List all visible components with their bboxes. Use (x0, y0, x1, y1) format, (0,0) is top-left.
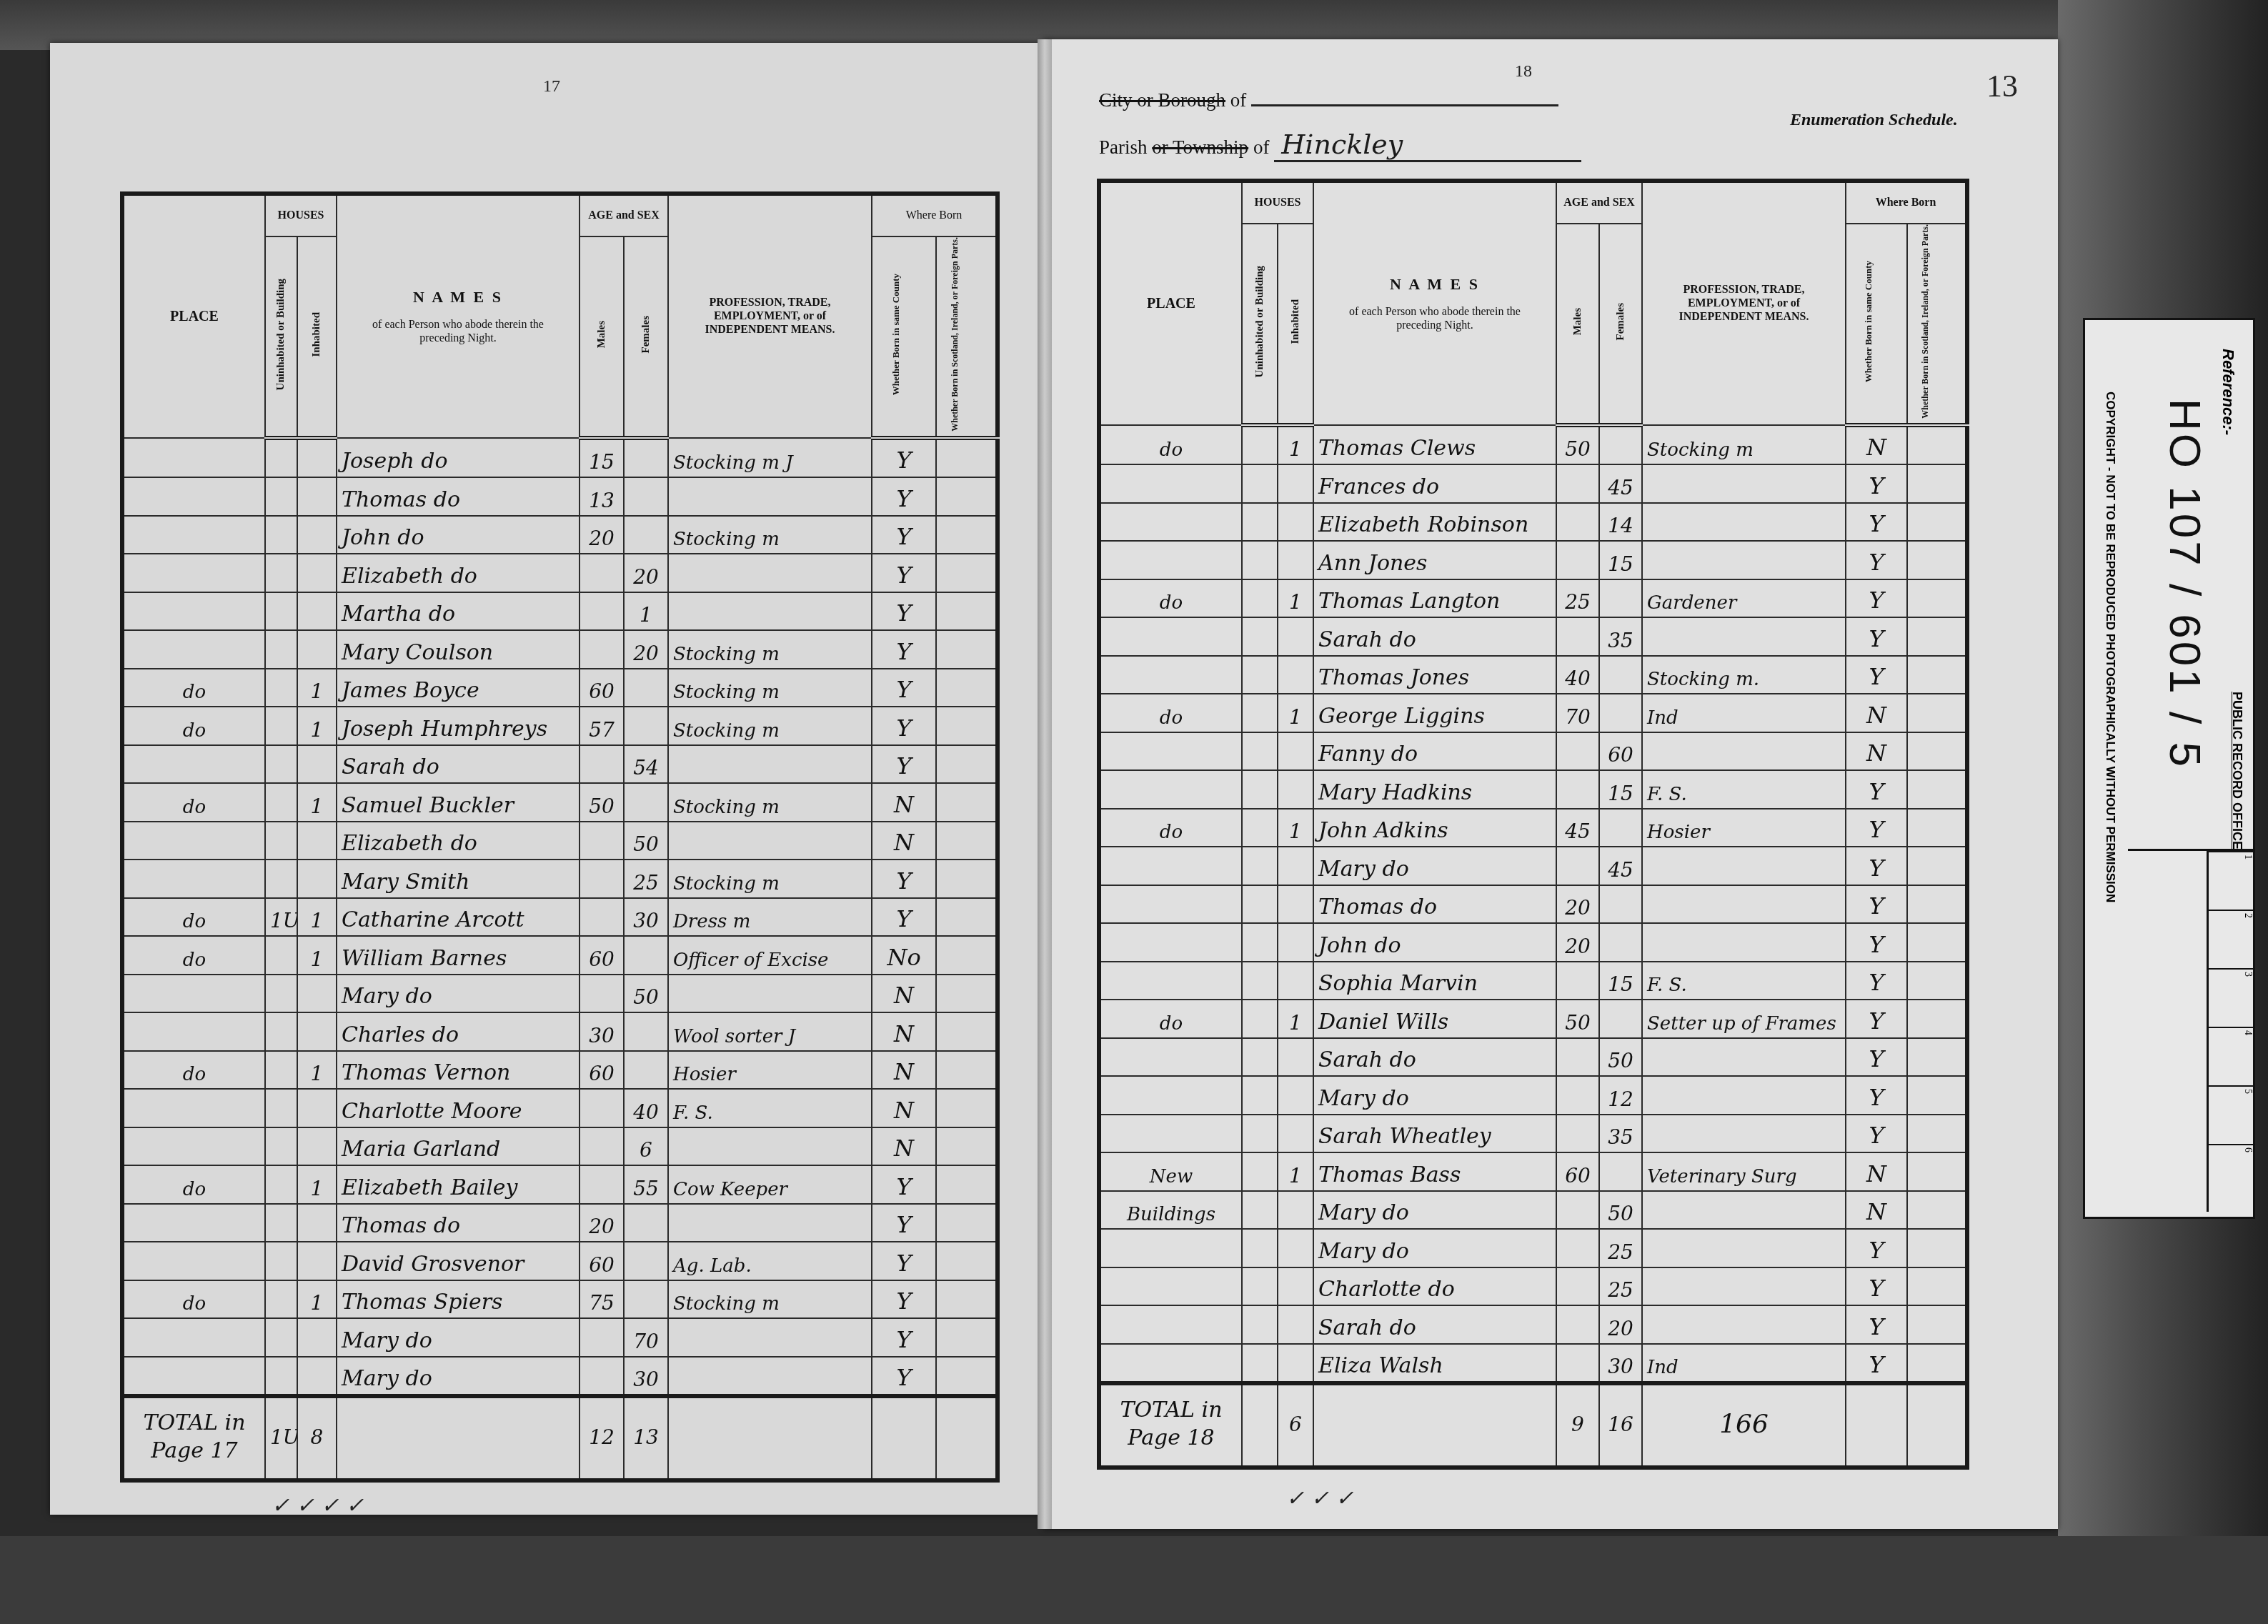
uninhabited-cell (1242, 770, 1278, 809)
born-county-cell: Y (872, 592, 936, 631)
born-abroad-cell (936, 822, 998, 860)
females-age-cell: 54 (624, 745, 668, 784)
born-abroad-cell (936, 1204, 998, 1242)
born-abroad-cell (936, 554, 998, 592)
born-abroad-cell (936, 1051, 998, 1090)
born-county-cell: N (1846, 732, 1907, 771)
inhabited-cell (1278, 1191, 1313, 1230)
born-abroad-cell (1907, 847, 1967, 885)
profession-cell: F. S. (1642, 962, 1846, 1000)
total-males: 12 (580, 1396, 624, 1480)
females-age-cell: 50 (624, 975, 668, 1013)
col-females: Females (640, 316, 652, 353)
females-age-cell: 15 (1599, 962, 1642, 1000)
profession-cell: Hosier (668, 1051, 872, 1090)
born-county-cell: N (872, 1012, 936, 1051)
born-abroad-cell (1907, 1000, 1967, 1038)
born-county-cell: Y (1846, 847, 1907, 885)
females-age-cell (1599, 1000, 1642, 1038)
uninhabited-cell (1242, 1076, 1278, 1115)
place: do (122, 936, 265, 975)
males-age-cell (1556, 1344, 1599, 1384)
inhabited-cell: 1 (297, 1280, 337, 1319)
born-abroad-cell (1907, 1076, 1967, 1115)
name-cell: Martha do (337, 592, 580, 631)
table-row: Charlotte do25Y (1099, 1267, 1967, 1306)
name-cell: Thomas Bass (1313, 1152, 1556, 1191)
inhabited-cell (1278, 847, 1313, 885)
born-county-cell: Y (872, 707, 936, 745)
place (122, 1012, 265, 1051)
ruler-cm-tick: 4 (2209, 1027, 2253, 1035)
males-age-cell (580, 898, 624, 937)
born-abroad-cell (936, 783, 998, 822)
females-age-cell (624, 936, 668, 975)
males-age-cell (580, 1357, 624, 1397)
uninhabited-cell: 1U (265, 898, 297, 937)
inhabited-cell (1278, 962, 1313, 1000)
place: do (1099, 425, 1242, 465)
profession-cell (1642, 847, 1846, 885)
females-age-cell: 50 (1599, 1038, 1642, 1077)
males-age-cell: 60 (1556, 1152, 1599, 1191)
parish-line: Parish or Township of Hinckley (1099, 129, 1581, 162)
place (1099, 1229, 1242, 1267)
born-abroad-cell (1907, 809, 1967, 847)
females-age-cell (624, 438, 668, 478)
inhabited-cell (297, 975, 337, 1013)
inhabited-cell (297, 630, 337, 669)
females-age-cell (624, 669, 668, 707)
names-subtitle: of each Person who abode therein the pre… (1314, 305, 1556, 332)
total-names (337, 1396, 580, 1480)
females-age-cell (624, 1204, 668, 1242)
ruler-cm-tick: 3 (2209, 968, 2253, 977)
born-abroad-cell (936, 630, 998, 669)
name-cell: Thomas Jones (1313, 656, 1556, 694)
uninhabited-cell (265, 438, 297, 478)
males-age-cell: 50 (1556, 1000, 1599, 1038)
males-age-cell (1556, 1229, 1599, 1267)
name-cell: Sarah do (1313, 1038, 1556, 1077)
place (122, 1089, 265, 1127)
total-born-county (1846, 1383, 1907, 1468)
inhabited-cell (297, 592, 337, 631)
profession-cell (668, 1127, 872, 1166)
males-age-cell (1556, 1267, 1599, 1306)
census-table-page-17: PLACE HOUSES N A M E S of each Person wh… (120, 191, 1000, 1483)
name-cell: John do (337, 516, 580, 554)
name-cell: Mary do (1313, 1229, 1556, 1267)
born-abroad-cell (1907, 962, 1967, 1000)
males-age-cell: 20 (1556, 885, 1599, 924)
profession-cell: Stocking m (668, 783, 872, 822)
table-row: Mary do25Y (1099, 1229, 1967, 1267)
uninhabited-cell (1242, 541, 1278, 579)
uninhabited-cell (265, 669, 297, 707)
profession-cell (668, 822, 872, 860)
total-label-line1: TOTAL in (129, 1409, 260, 1437)
males-age-cell: 15 (580, 438, 624, 478)
table-row: Sarah do35Y (1099, 617, 1967, 656)
table-row: Thomas do20Y (122, 1204, 998, 1242)
name-cell: Sarah do (337, 745, 580, 784)
profession-cell (668, 1357, 872, 1397)
profession-cell: F. S. (1642, 770, 1846, 809)
males-age-cell: 60 (580, 1051, 624, 1090)
females-age-cell (1599, 579, 1642, 618)
table-row: Eliza Walsh30IndY (1099, 1344, 1967, 1384)
born-county-cell: Y (1846, 1038, 1907, 1077)
inhabited-cell (297, 860, 337, 898)
males-age-cell (580, 1089, 624, 1127)
males-age-cell (580, 592, 624, 631)
born-county-cell: N (872, 1127, 936, 1166)
inhabited-cell: 1 (297, 707, 337, 745)
uninhabited-cell (265, 592, 297, 631)
name-cell: John Adkins (1313, 809, 1556, 847)
females-age-cell (624, 1051, 668, 1090)
col-age-sex: AGE and SEX (580, 194, 668, 236)
name-cell: Sophia Marvin (1313, 962, 1556, 1000)
audit-tick-marks: ✓ ✓ ✓ ✓ (272, 1493, 364, 1518)
males-age-cell (580, 975, 624, 1013)
table-row: Mary Smith25Stocking mY (122, 860, 998, 898)
uninhabited-cell (265, 975, 297, 1013)
col-uninhabited: Uninhabited or Building (275, 279, 287, 390)
inhabited-cell (1278, 885, 1313, 924)
profession-cell: Ind (1642, 694, 1846, 732)
total-females: 13 (624, 1396, 668, 1480)
born-county-cell: Y (872, 1280, 936, 1319)
table-row: Maria Garland6N (122, 1127, 998, 1166)
table-row: Mary do30Y (122, 1357, 998, 1397)
males-age-cell: 60 (580, 669, 624, 707)
place: New (1099, 1152, 1242, 1191)
place (122, 860, 265, 898)
name-cell: James Boyce (337, 669, 580, 707)
place: do (1099, 809, 1242, 847)
table-row: Mary Coulson20Stocking mY (122, 630, 998, 669)
females-age-cell: 50 (1599, 1191, 1642, 1230)
females-age-cell: 35 (1599, 617, 1642, 656)
males-age-cell (1556, 541, 1599, 579)
males-age-cell (580, 822, 624, 860)
born-abroad-cell (936, 745, 998, 784)
born-abroad-cell (936, 669, 998, 707)
profession-cell (668, 554, 872, 592)
born-abroad-cell (936, 975, 998, 1013)
name-cell: Thomas Clews (1313, 425, 1556, 465)
females-age-cell: 70 (624, 1318, 668, 1357)
born-county-cell: N (1846, 425, 1907, 465)
uninhabited-cell (265, 1051, 297, 1090)
uninhabited-cell (1242, 1038, 1278, 1077)
name-cell: Ann Jones (1313, 541, 1556, 579)
profession-cell (1642, 1038, 1846, 1077)
born-abroad-cell (936, 438, 998, 478)
book-fold (1038, 39, 1052, 1529)
name-cell: Elizabeth do (337, 554, 580, 592)
table-row: Fanny do60N (1099, 732, 1967, 771)
inhabited-cell (297, 554, 337, 592)
born-county-cell: N (1846, 1152, 1907, 1191)
born-abroad-cell (936, 1242, 998, 1280)
males-age-cell: 25 (1556, 579, 1599, 618)
uninhabited-cell (1242, 503, 1278, 542)
females-age-cell: 15 (1599, 770, 1642, 809)
uninhabited-cell (265, 1012, 297, 1051)
females-age-cell: 20 (1599, 1305, 1642, 1344)
table-row: Ann Jones15Y (1099, 541, 1967, 579)
inhabited-cell: 1 (1278, 579, 1313, 618)
females-age-cell (1599, 425, 1642, 465)
profession-cell (1642, 1076, 1846, 1115)
name-cell: Samuel Buckler (337, 783, 580, 822)
name-cell: Eliza Walsh (1313, 1344, 1556, 1384)
born-abroad-cell (1907, 1038, 1967, 1077)
col-names: N A M E S of each Person who abode there… (337, 194, 580, 438)
col-houses: HOUSES (265, 194, 337, 236)
born-abroad-cell (1907, 770, 1967, 809)
born-county-cell: No (872, 936, 936, 975)
place: do (122, 1051, 265, 1090)
females-age-cell: 30 (624, 898, 668, 937)
profession-cell: Officer of Excise (668, 936, 872, 975)
born-county-cell: Y (872, 554, 936, 592)
born-county-cell: Y (872, 745, 936, 784)
city-borough-line: City or Borough of (1099, 89, 1558, 111)
total-born-county (872, 1396, 936, 1480)
inhabited-cell (1278, 1344, 1313, 1384)
born-abroad-cell (1907, 425, 1967, 465)
total-annotation: 166 (1642, 1383, 1846, 1468)
profession-cell: Stocking m. (1642, 656, 1846, 694)
born-abroad-cell (1907, 464, 1967, 503)
uninhabited-cell (1242, 464, 1278, 503)
females-age-cell: 25 (1599, 1229, 1642, 1267)
born-abroad-cell (1907, 923, 1967, 962)
uninhabited-cell (265, 1242, 297, 1280)
inhabited-cell: 1 (297, 669, 337, 707)
born-county-cell: Y (1846, 1076, 1907, 1115)
table-row: Mary do45Y (1099, 847, 1967, 885)
inhabited-cell (297, 1357, 337, 1397)
profession-cell (1642, 503, 1846, 542)
males-age-cell: 40 (1556, 656, 1599, 694)
place (122, 554, 265, 592)
females-age-cell (1599, 656, 1642, 694)
born-abroad-cell (1907, 732, 1967, 771)
col-where-born: Where Born (1846, 181, 1967, 224)
profession-cell (1642, 923, 1846, 962)
table-row: David Grosvenor60Ag. Lab.Y (122, 1242, 998, 1280)
total-row: TOTAL in Page 17 1U 8 12 13 (122, 1396, 998, 1480)
born-abroad-cell (1907, 1229, 1967, 1267)
males-age-cell (1556, 1115, 1599, 1153)
place (1099, 962, 1242, 1000)
profession-cell (1642, 1229, 1846, 1267)
uninhabited-cell (1242, 579, 1278, 618)
born-county-cell: Y (872, 477, 936, 516)
name-cell: Frances do (1313, 464, 1556, 503)
profession-cell (668, 745, 872, 784)
ruler-cm-tick: 6 (2209, 1144, 2253, 1152)
males-age-cell (580, 745, 624, 784)
table-row: do1James Boyce60Stocking mY (122, 669, 998, 707)
total-uninhabited (1242, 1383, 1278, 1468)
profession-cell: Ind (1642, 1344, 1846, 1384)
name-cell: Charles do (337, 1012, 580, 1051)
born-abroad-cell (1907, 885, 1967, 924)
profession-cell: Stocking m (668, 669, 872, 707)
total-inhabited: 8 (297, 1396, 337, 1480)
females-age-cell: 25 (624, 860, 668, 898)
profession-cell (1642, 1115, 1846, 1153)
inhabited-cell (1278, 1076, 1313, 1115)
born-county-cell: Y (1846, 617, 1907, 656)
uninhabited-cell (1242, 617, 1278, 656)
place (1099, 1305, 1242, 1344)
table-row: John do20Stocking mY (122, 516, 998, 554)
females-age-cell (624, 516, 668, 554)
name-cell: John do (1313, 923, 1556, 962)
inhabited-cell (1278, 617, 1313, 656)
males-age-cell (580, 1127, 624, 1166)
name-cell: Joseph Humphreys (337, 707, 580, 745)
place (1099, 541, 1242, 579)
born-abroad-cell (936, 860, 998, 898)
born-abroad-cell (936, 516, 998, 554)
place (122, 1242, 265, 1280)
born-abroad-cell (1907, 1152, 1967, 1191)
born-county-cell: Y (1846, 962, 1907, 1000)
uninhabited-cell (265, 1127, 297, 1166)
reference-code: HO 107 / 601 / 5 (2159, 399, 2210, 769)
inhabited-cell (297, 745, 337, 784)
profession-cell (668, 1204, 872, 1242)
born-county-cell: N (872, 783, 936, 822)
col-uninhabited: Uninhabited or Building (1254, 266, 1266, 377)
name-cell: Elizabeth Bailey (337, 1165, 580, 1204)
males-age-cell: 20 (580, 1204, 624, 1242)
inhabited-cell (1278, 770, 1313, 809)
parish-value: Hinckley (1274, 129, 1581, 162)
born-abroad-cell (1907, 1305, 1967, 1344)
profession-cell: Stocking m (668, 516, 872, 554)
city-borough-label: City or Borough (1099, 89, 1225, 111)
inhabited-cell (297, 1318, 337, 1357)
profession-cell: Hosier (1642, 809, 1846, 847)
born-county-cell: Y (872, 669, 936, 707)
table-row: do1Elizabeth Bailey55Cow KeeperY (122, 1165, 998, 1204)
uninhabited-cell (265, 477, 297, 516)
ruler-cm-tick: 2 (2209, 910, 2253, 918)
inhabited-cell (297, 1204, 337, 1242)
name-cell: Daniel Wills (1313, 1000, 1556, 1038)
males-age-cell: 50 (580, 783, 624, 822)
col-place: PLACE (1099, 181, 1242, 425)
inhabited-cell (1278, 1267, 1313, 1306)
place: do (122, 1165, 265, 1204)
uninhabited-cell (1242, 1344, 1278, 1384)
table-row: do1Thomas Langton25GardenerY (1099, 579, 1967, 618)
place (122, 1357, 265, 1397)
females-age-cell: 45 (1599, 847, 1642, 885)
females-age-cell: 55 (624, 1165, 668, 1204)
profession-cell: Stocking m (668, 707, 872, 745)
uninhabited-cell (1242, 1229, 1278, 1267)
name-cell: Mary do (1313, 1076, 1556, 1115)
table-row: John do20Y (1099, 923, 1967, 962)
table-row: do1Daniel Wills50Setter up of FramesY (1099, 1000, 1967, 1038)
inhabited-cell (1278, 732, 1313, 771)
females-age-cell (624, 1280, 668, 1319)
born-abroad-cell (936, 936, 998, 975)
inhabited-cell: 1 (297, 783, 337, 822)
table-row: New1Thomas Bass60Veterinary SurgN (1099, 1152, 1967, 1191)
total-inhabited: 6 (1278, 1383, 1313, 1468)
place: do (1099, 1000, 1242, 1038)
col-inhabited: Inhabited (1290, 299, 1302, 344)
name-cell: Mary Smith (337, 860, 580, 898)
uninhabited-cell (265, 745, 297, 784)
uninhabited-cell (1242, 1267, 1278, 1306)
place (122, 516, 265, 554)
place: do (1099, 694, 1242, 732)
name-cell: Mary Hadkins (1313, 770, 1556, 809)
inhabited-cell: 1 (297, 1165, 337, 1204)
males-age-cell: 60 (580, 1242, 624, 1280)
total-born-abroad (936, 1396, 998, 1480)
born-county-cell: Y (872, 630, 936, 669)
profession-cell: Ag. Lab. (668, 1242, 872, 1280)
table-row: Charles do30Wool sorter JN (122, 1012, 998, 1051)
col-place: PLACE (122, 194, 265, 438)
name-cell: Elizabeth do (337, 822, 580, 860)
total-label: TOTAL in Page 18 (1099, 1383, 1242, 1468)
uninhabited-cell (265, 1204, 297, 1242)
uninhabited-cell (1242, 1191, 1278, 1230)
females-age-cell: 40 (624, 1089, 668, 1127)
profession-cell (668, 477, 872, 516)
males-age-cell: 70 (1556, 694, 1599, 732)
females-age-cell: 20 (624, 554, 668, 592)
place (122, 1204, 265, 1242)
name-cell: Thomas do (1313, 885, 1556, 924)
females-age-cell (624, 477, 668, 516)
ruler-cm-tick: 5 (2209, 1085, 2253, 1094)
table-row: Elizabeth do50N (122, 822, 998, 860)
males-age-cell: 30 (580, 1012, 624, 1051)
uninhabited-cell (265, 1318, 297, 1357)
males-age-cell (1556, 770, 1599, 809)
born-county-cell: N (872, 975, 936, 1013)
born-county-cell: Y (872, 860, 936, 898)
uninhabited-cell (265, 554, 297, 592)
born-county-cell: Y (872, 898, 936, 937)
born-county-cell: Y (872, 1242, 936, 1280)
table-row: Thomas do20Y (1099, 885, 1967, 924)
born-abroad-cell (936, 1012, 998, 1051)
place (122, 975, 265, 1013)
profession-cell (1642, 464, 1846, 503)
place (1099, 1267, 1242, 1306)
born-county-cell: Y (872, 438, 936, 478)
born-county-cell: Y (1846, 656, 1907, 694)
uninhabited-cell (265, 936, 297, 975)
city-borough-value (1251, 104, 1558, 106)
